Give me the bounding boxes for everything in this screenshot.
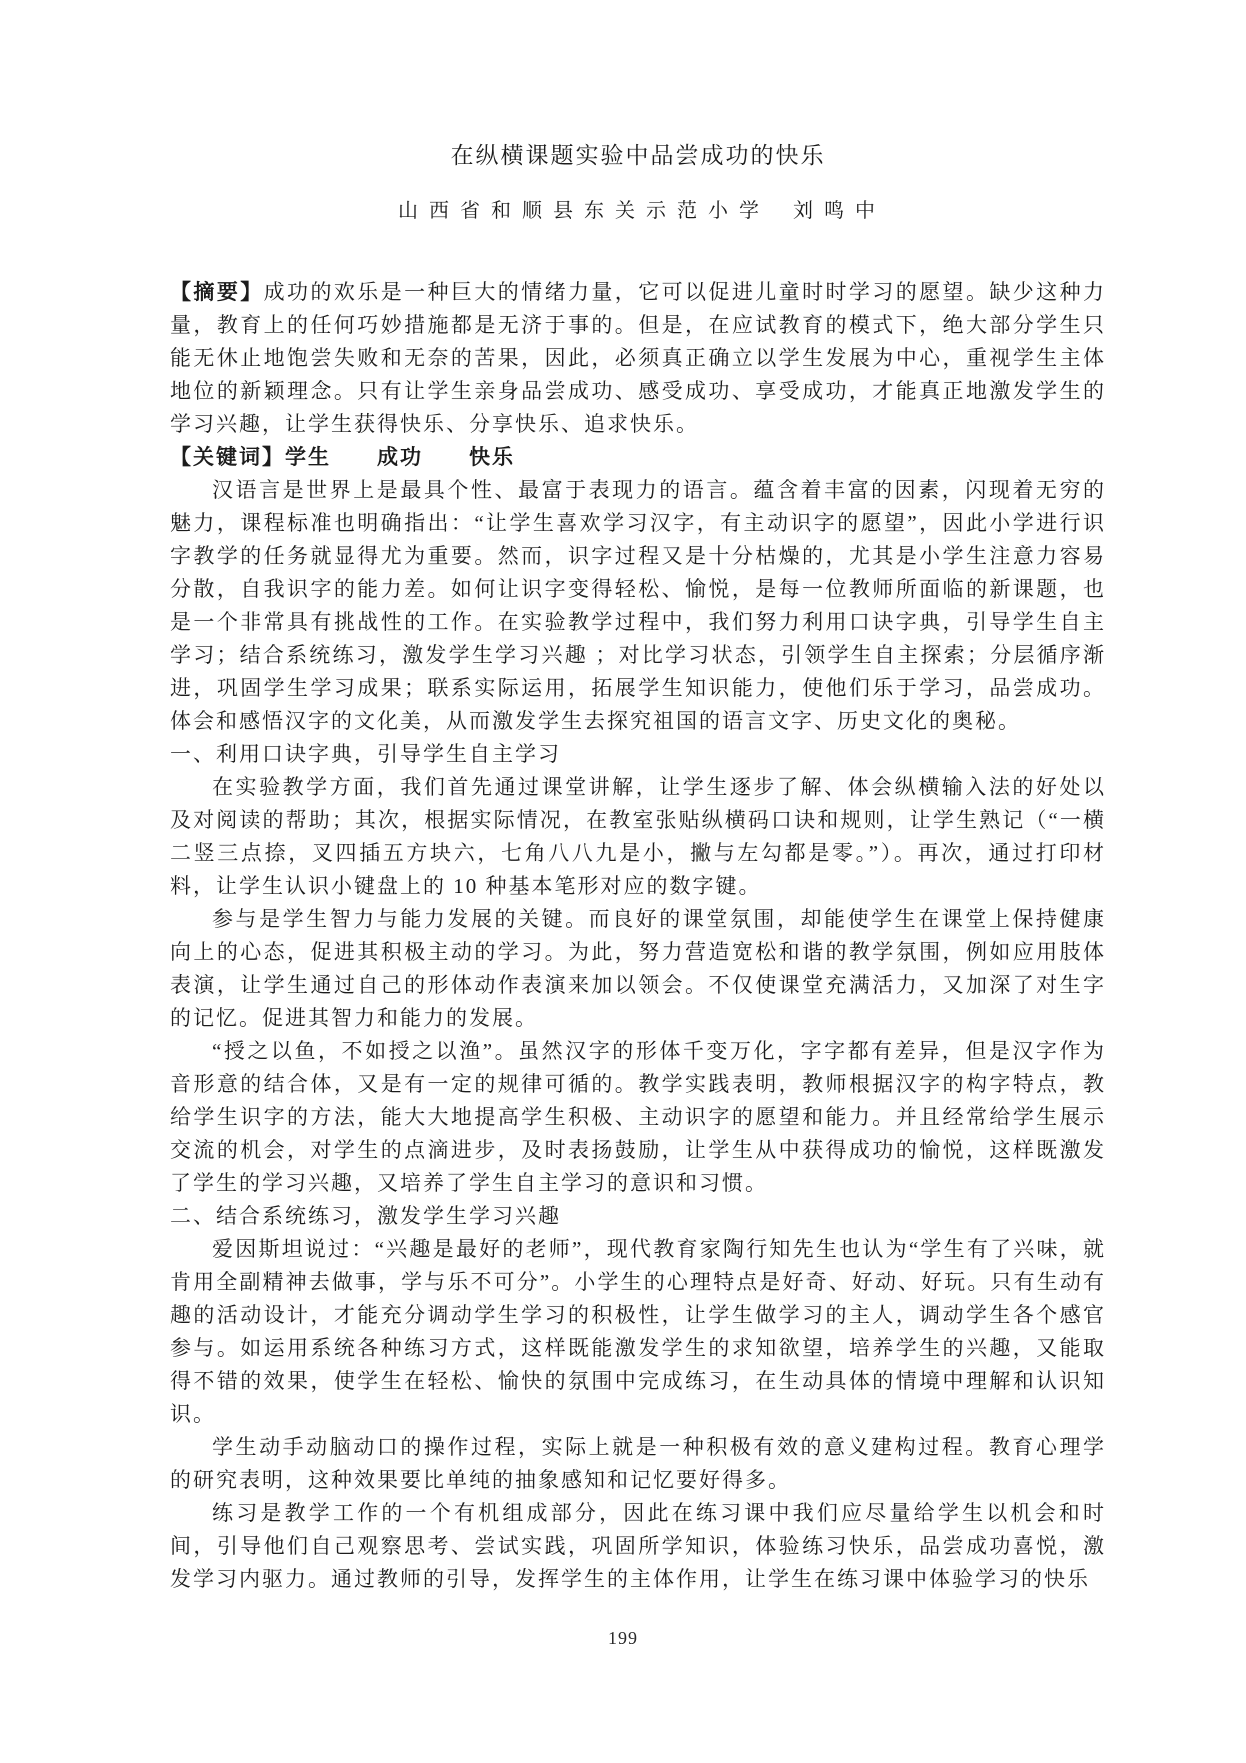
section-heading-1: 一、利用口诀字典，引导学生自主学习 [170,738,1106,771]
document-page: 在纵横课题实验中品尝成功的快乐 山 西 省 和 顺 县 东 关 示 范 小 学 … [0,0,1246,1763]
keywords: 【关键词】学生 成功 快乐 [170,441,1106,474]
abstract: 【摘要】成功的欢乐是一种巨大的情绪力量，它可以促进儿童时时学习的愿望。缺少这种力… [170,276,1106,441]
paragraph: 学生动手动脑动口的操作过程，实际上就是一种积极有效的意义建构过程。教育心理学的研… [170,1431,1106,1497]
paragraph: 爱因斯坦说过：“兴趣是最好的老师”，现代教育家陶行知先生也认为“学生有了兴味，就… [170,1233,1106,1431]
paragraph: 在实验教学方面，我们首先通过课堂讲解，让学生逐步了解、体会纵横输入法的好处以及对… [170,771,1106,903]
paragraph: 参与是学生智力与能力发展的关键。而良好的课堂氛围，却能使学生在课堂上保持健康向上… [170,903,1106,1035]
paragraph: 练习是教学工作的一个有机组成部分，因此在练习课中我们应尽量给学生以机会和时间，引… [170,1497,1106,1596]
paragraph-intro: 汉语言是世界上是最具个性、最富于表现力的语言。蕴含着丰富的因素，闪现着无穷的魅力… [170,474,1106,738]
paper-title: 在纵横课题实验中品尝成功的快乐 [170,140,1106,172]
author-affiliation-line: 山 西 省 和 顺 县 东 关 示 范 小 学 刘 鸣 中 [170,196,1106,226]
abstract-label: 【摘要】 [170,280,264,304]
keywords-label: 【关键词】 [170,445,285,469]
page-number: 199 [0,1628,1246,1649]
section-heading-2: 二、结合系统练习，激发学生学习兴趣 [170,1200,1106,1233]
paper-body: 【摘要】成功的欢乐是一种巨大的情绪力量，它可以促进儿童时时学习的愿望。缺少这种力… [170,276,1106,1596]
paragraph: “授之以鱼，不如授之以渔”。虽然汉字的形体千变万化，字字都有差异，但是汉字作为音… [170,1035,1106,1200]
